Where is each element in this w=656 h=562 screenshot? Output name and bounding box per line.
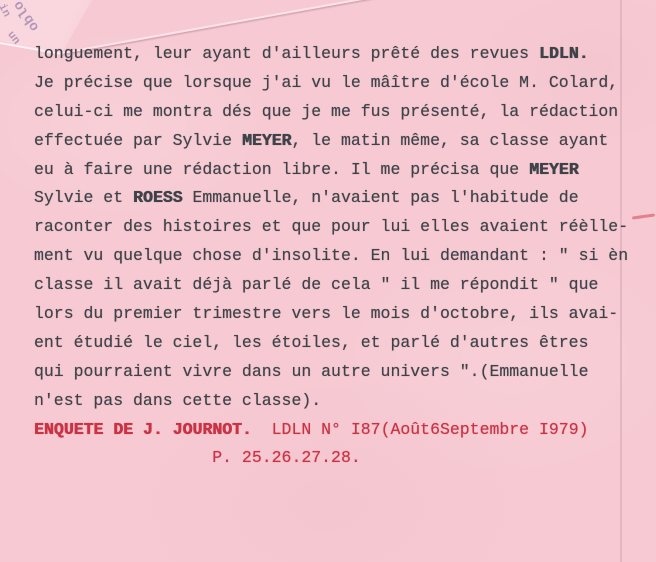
text-segment: longuement, leur ayant d'ailleurs prêté …: [34, 44, 539, 63]
text-segment: ment vu quelque chose d'insolite. En lui…: [34, 246, 628, 265]
text-line: raconter des histoires et que pour lui e…: [34, 213, 646, 242]
text-segment: LDLN.: [539, 44, 589, 63]
text-line: ent étudié le ciel, les étoiles, et parl…: [34, 329, 646, 358]
text-line: effectuée par Sylvie MEYER, le matin mêm…: [34, 127, 646, 156]
text-segment: MEYER: [242, 131, 292, 150]
text-line: P. 25.26.27.28.: [34, 444, 646, 473]
text-line: longuement, leur ayant d'ailleurs prêté …: [34, 40, 646, 69]
text-segment: Je précise que lorsque j'ai vu le mâître…: [34, 73, 618, 92]
text-block: longuement, leur ayant d'ailleurs prêté …: [34, 40, 646, 473]
text-line: n'est pas dans cette classe).: [34, 387, 646, 416]
text-segment: Sylvie et: [34, 188, 133, 207]
text-line: Sylvie et ROESS Emmanuelle, n'avaient pa…: [34, 184, 646, 213]
text-segment: qui pourraient vivre dans un autre unive…: [34, 362, 589, 381]
text-segment: P. 25.26.27.28.: [34, 448, 361, 467]
text-segment: , le matin même, sa classe ayant: [291, 131, 608, 150]
text-segment: MEYER: [529, 160, 579, 179]
text-line: celui-ci me montra dés que je me fus pré…: [34, 98, 646, 127]
text-segment: ROESS: [133, 188, 183, 207]
text-line: classe il avait déjà parlé de cela " il …: [34, 271, 646, 300]
text-line: ment vu quelque chose d'insolite. En lui…: [34, 242, 646, 271]
text-segment: lors du premier trimestre vers le mois d…: [34, 304, 618, 323]
text-segment: eu à faire une rédaction libre. Il me pr…: [34, 160, 529, 179]
text-segment: raconter des histoires et que pour lui e…: [34, 217, 628, 236]
text-segment: n'est pas dans cette classe).: [34, 391, 321, 410]
text-segment: ENQUETE DE J. JOURNOT.: [34, 420, 252, 439]
text-segment: celui-ci me montra dés que je me fus pré…: [34, 102, 618, 121]
text-segment: Emmanuelle, n'avaient pas l'habitude de: [183, 188, 579, 207]
text-segment: ent étudié le ciel, les étoiles, et parl…: [34, 333, 589, 352]
text-line: qui pourraient vivre dans un autre unive…: [34, 358, 646, 387]
text-line: lors du premier trimestre vers le mois d…: [34, 300, 646, 329]
text-line: ENQUETE DE J. JOURNOT. LDLN N° I87(Août6…: [34, 416, 646, 445]
text-segment: classe il avait déjà parlé de cela " il …: [34, 275, 598, 294]
scanned-page: inobloun longuement, leur ayant d'ailleu…: [0, 0, 656, 562]
text-line: Je précise que lorsque j'ai vu le mâître…: [34, 69, 646, 98]
text-line: eu à faire une rédaction libre. Il me pr…: [34, 156, 646, 185]
text-segment: effectuée par Sylvie: [34, 131, 242, 150]
text-segment: LDLN N° I87(Août6Septembre I979): [252, 420, 589, 439]
